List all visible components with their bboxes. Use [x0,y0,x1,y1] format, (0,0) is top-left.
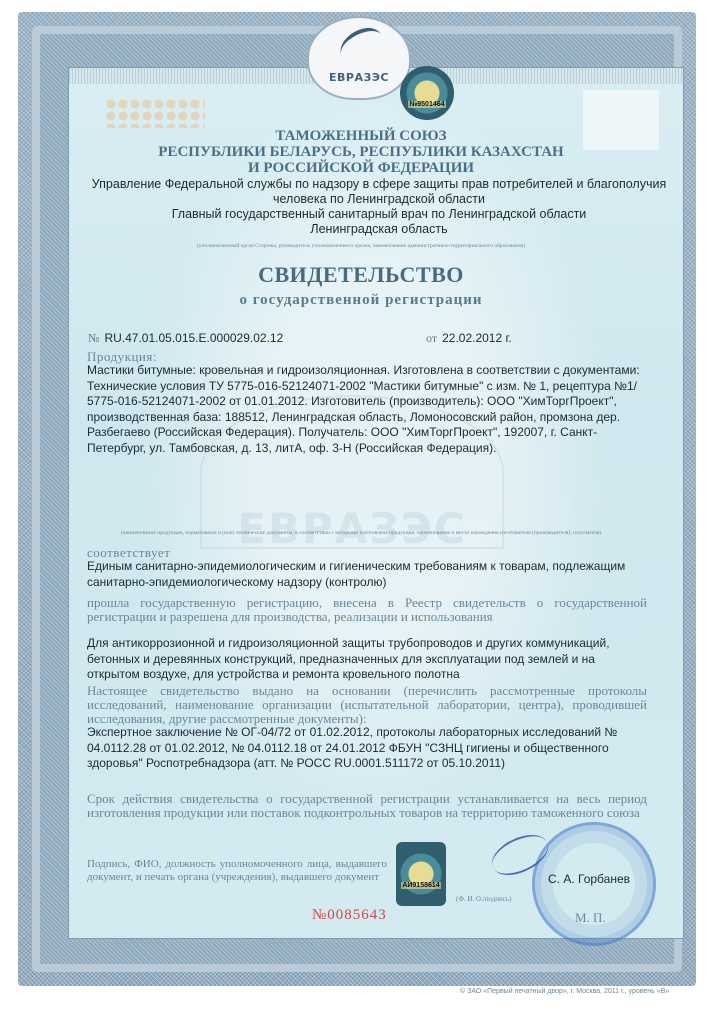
registration-date: от22.02.2012 г. [426,331,512,346]
basis-text: Экспертное заключение № ОГ-04/72 от 01.0… [87,725,647,772]
hygiene-hologram-icon: АИ9158614 [396,842,446,906]
hygiene-hologram-icon: №9501464 [400,66,454,120]
hologram-code: АИ9158614 [401,882,440,889]
signature-label: Подпись, ФИО, должность уполномоченного … [87,858,387,884]
agency-line: Ленинградская область [74,222,684,237]
header-line-2: РЕСПУБЛИКИ БЕЛАРУСЬ, РЕСПУБЛИКИ КАЗАХСТА… [0,144,722,160]
product-text: Мастики битумные: кровельная и гидроизол… [87,363,647,456]
document-title: СВИДЕТЕЛЬСТВО [0,262,722,288]
number-value: RU.47.01.05.015.Е.000029.02.12 [104,331,283,345]
agency-line: человека по Ленинградской области [74,192,684,207]
document-subtitle: о государственной регистрации [0,292,722,309]
compliance-text: Единым санитарно-эпидемиологическим и ги… [87,559,647,590]
agency-line: Управление Федеральной службы по надзору… [74,177,684,192]
date-value: 22.02.2012 г. [442,331,512,345]
agency-caption: (уполномоченный орган Стороны, руководит… [80,243,642,249]
agency-line: Главный государственный санитарный врач … [74,207,684,222]
number-label: № [88,331,99,345]
eurasec-emblem: ЕВРАЗЭС [307,16,411,100]
header-line-3: И РОССИЙСКОЙ ФЕДЕРАЦИИ [0,160,722,176]
signer-name: С. А. Горбанев [548,872,630,886]
seal-label: М. П. [575,910,606,926]
issuing-agency: Управление Федеральной службы по надзору… [74,177,684,237]
hologram-code: №9501464 [408,101,445,108]
product-caption: (наименование продукции, нормативные и (… [80,530,642,536]
basis-label: Настоящее свидетельство выдано на основа… [87,684,647,726]
emblem-text: ЕВРАЗЭС [329,71,389,84]
header-line-1: ТАМОЖЕННЫЙ СОЮЗ [0,128,722,144]
watermark-text: ЕВРАЗЭС [237,504,466,553]
fio-caption: (Ф. И. О./подпись) [456,895,511,903]
date-label: от [426,331,437,345]
eurasec-emblem-icon [335,23,387,66]
registration-label: прошла государственную регистрацию, внес… [87,596,647,624]
validity-text: Срок действия свидетельства о государств… [87,792,647,820]
printer-footer: © ЗАО «Первый печатный двор», г. Москва,… [460,988,669,995]
security-pattern [105,98,205,128]
serial-number: №0085643 [312,907,387,924]
registration-text: Для антикоррозионной и гидроизоляционной… [87,636,647,683]
registration-number: №RU.47.01.05.015.Е.000029.02.12 [88,331,283,346]
